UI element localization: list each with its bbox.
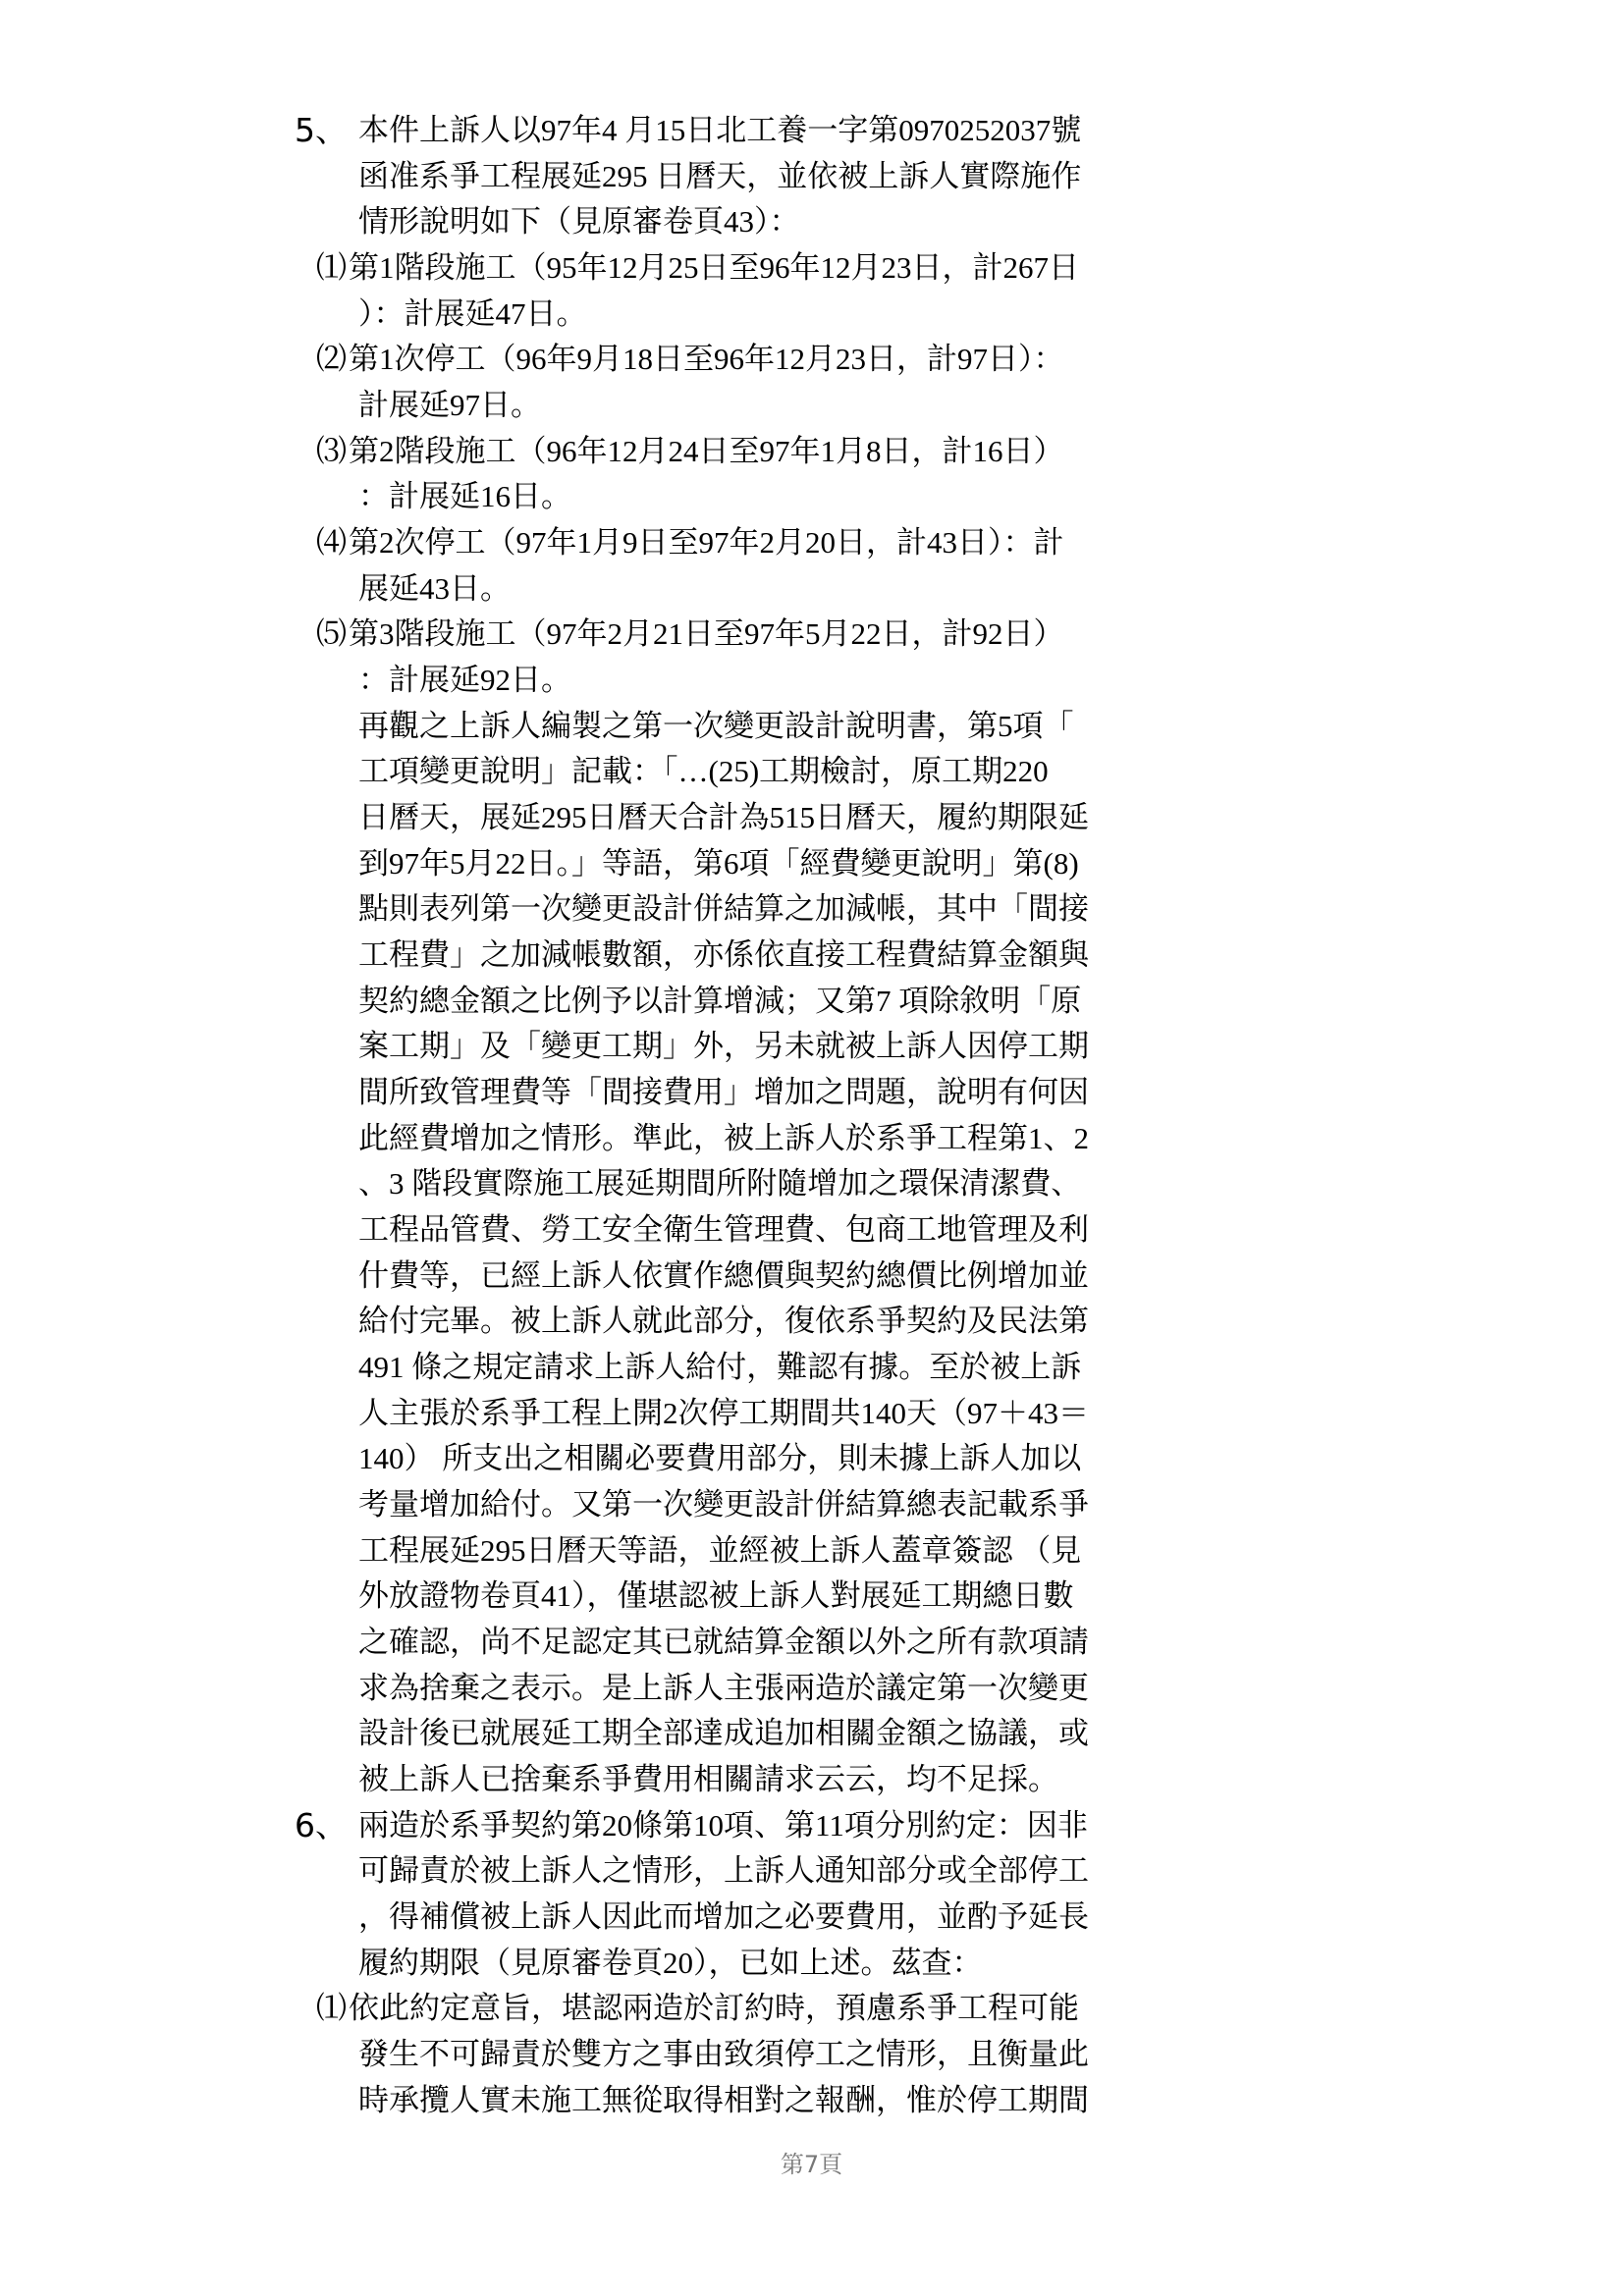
item-marker: ⑷ — [316, 520, 347, 565]
section-marker: 5、 — [295, 108, 348, 153]
text-line: 第3階段施工（97年2月21日至97年5月22日，計92日） — [349, 612, 1064, 657]
item-marker: ⑸ — [316, 612, 347, 657]
text-line: 工程費」之加減帳數額，亦係依直接工程費結算金額與 — [358, 933, 1089, 978]
text-line: 日曆天，展延295日曆天合計為515日曆天，履約期限延 — [358, 795, 1089, 840]
text-line: 此經費增加之情形。準此，被上訴人於系爭工程第1、2 — [358, 1116, 1089, 1161]
text-line: ：計展延92日。 — [358, 658, 571, 703]
item-marker: ⑴ — [316, 245, 347, 291]
text-line: 函准系爭工程展延295 日曆天，並依被上訴人實際施作 — [358, 154, 1081, 199]
text-line: 依此約定意旨，堪認兩造於訂約時，預慮系爭工程可能 — [349, 1986, 1079, 2031]
text-line: 工項變更說明」記載：「…(25)工期檢討，原工期220 — [358, 749, 1049, 794]
text-line: 外放證物卷頁41），僅堪認被上訴人對展延工期總日數 — [358, 1574, 1074, 1619]
text-line: ）：計展延47日。 — [358, 292, 587, 337]
text-line: 到97年5月22日。」等語，第6項「經費變更說明」第(8) — [358, 841, 1079, 886]
text-line: 工程展延295日曆天等語，並經被上訴人蓋章簽認 （見 — [358, 1528, 1081, 1574]
text-line: 情形說明如下（見原審卷頁43）： — [358, 199, 800, 244]
section-marker: 6、 — [295, 1803, 348, 1848]
text-line: 計展延97日。 — [358, 383, 541, 428]
text-line: 本件上訴人以97年4 月15日北工養一字第0970252037號 — [358, 108, 1081, 153]
page-number: 第7頁 — [0, 2148, 1623, 2181]
text-line: 被上訴人已捨棄系爭費用相關請求云云，均不足採。 — [358, 1757, 1058, 1802]
text-line: 第2次停工（97年1月9日至97年2月20日，計43日）：計 — [349, 520, 1064, 565]
text-line: 求為捨棄之表示。是上訴人主張兩造於議定第一次變更 — [358, 1666, 1089, 1711]
text-line: ：計展延16日。 — [358, 474, 571, 519]
text-line: 第1階段施工（95年12月25日至96年12月23日，計267日 — [349, 245, 1079, 291]
text-line: 什費等，已經上訴人依實作總價與契約總價比例增加並 — [358, 1254, 1089, 1299]
text-line: 之確認，尚不足認定其已就結算金額以外之所有款項請 — [358, 1620, 1089, 1665]
text-line: 兩造於系爭契約第20條第10項、第11項分別約定：因非 — [358, 1803, 1088, 1848]
text-line: 給付完畢。被上訴人就此部分，復依系爭契約及民法第 — [358, 1299, 1089, 1344]
text-line: 履約期限（見原審卷頁20），已如上述。茲查： — [358, 1941, 983, 1986]
text-line: ，得補償被上訴人因此而增加之必要費用，並酌予延長 — [358, 1895, 1089, 1940]
text-line: 可歸責於被上訴人之情形，上訴人通知部分或全部停工 — [358, 1848, 1089, 1894]
text-line: 第1次停工（96年9月18日至96年12月23日，計97日）： — [349, 337, 1064, 382]
text-line: 再觀之上訴人編製之第一次變更設計說明書，第5項「 — [358, 704, 1074, 749]
text-line: 發生不可歸責於雙方之事由致須停工之情形，且衡量此 — [358, 2032, 1089, 2077]
text-line: 人主張於系爭工程上開2次停工期間共140天（97＋43＝ — [358, 1391, 1089, 1436]
item-marker: ⑶ — [316, 429, 347, 474]
text-line: 展延43日。 — [358, 566, 511, 612]
text-line: 案工期」及「變更工期」外，另未就被上訴人因停工期 — [358, 1024, 1089, 1069]
text-line: 工程品管費、勞工安全衛生管理費、包商工地管理及利 — [358, 1207, 1089, 1253]
text-line: 第2階段施工（96年12月24日至97年1月8日，計16日） — [349, 429, 1064, 474]
document-page: 5、 本件上訴人以97年4 月15日北工養一字第0970252037號 函准系爭… — [0, 0, 1623, 2296]
text-line: 設計後已就展延工期全部達成追加相關金額之協議，或 — [358, 1711, 1089, 1756]
text-line: 考量增加給付。又第一次變更設計併結算總表記載系爭 — [358, 1482, 1089, 1527]
text-line: 點則表列第一次變更設計併結算之加減帳，其中「間接 — [358, 886, 1089, 932]
text-line: 491 條之規定請求上訴人給付，難認有據。至於被上訴 — [358, 1345, 1081, 1390]
text-line: 契約總金額之比例予以計算增減；又第7 項除敘明「原 — [358, 979, 1081, 1024]
text-line: 140） 所支出之相關必要費用部分，則未據上訴人加以 — [358, 1436, 1081, 1481]
text-line: 、3 階段實際施工展延期間所附隨增加之環保清潔費、 — [358, 1161, 1081, 1206]
text-line: 時承攬人實未施工無從取得相對之報酬，惟於停工期間 — [358, 2078, 1089, 2123]
text-line: 間所致管理費等「間接費用」增加之問題，說明有何因 — [358, 1070, 1089, 1115]
item-marker: ⑵ — [316, 337, 347, 382]
item-marker: ⑴ — [316, 1986, 347, 2031]
